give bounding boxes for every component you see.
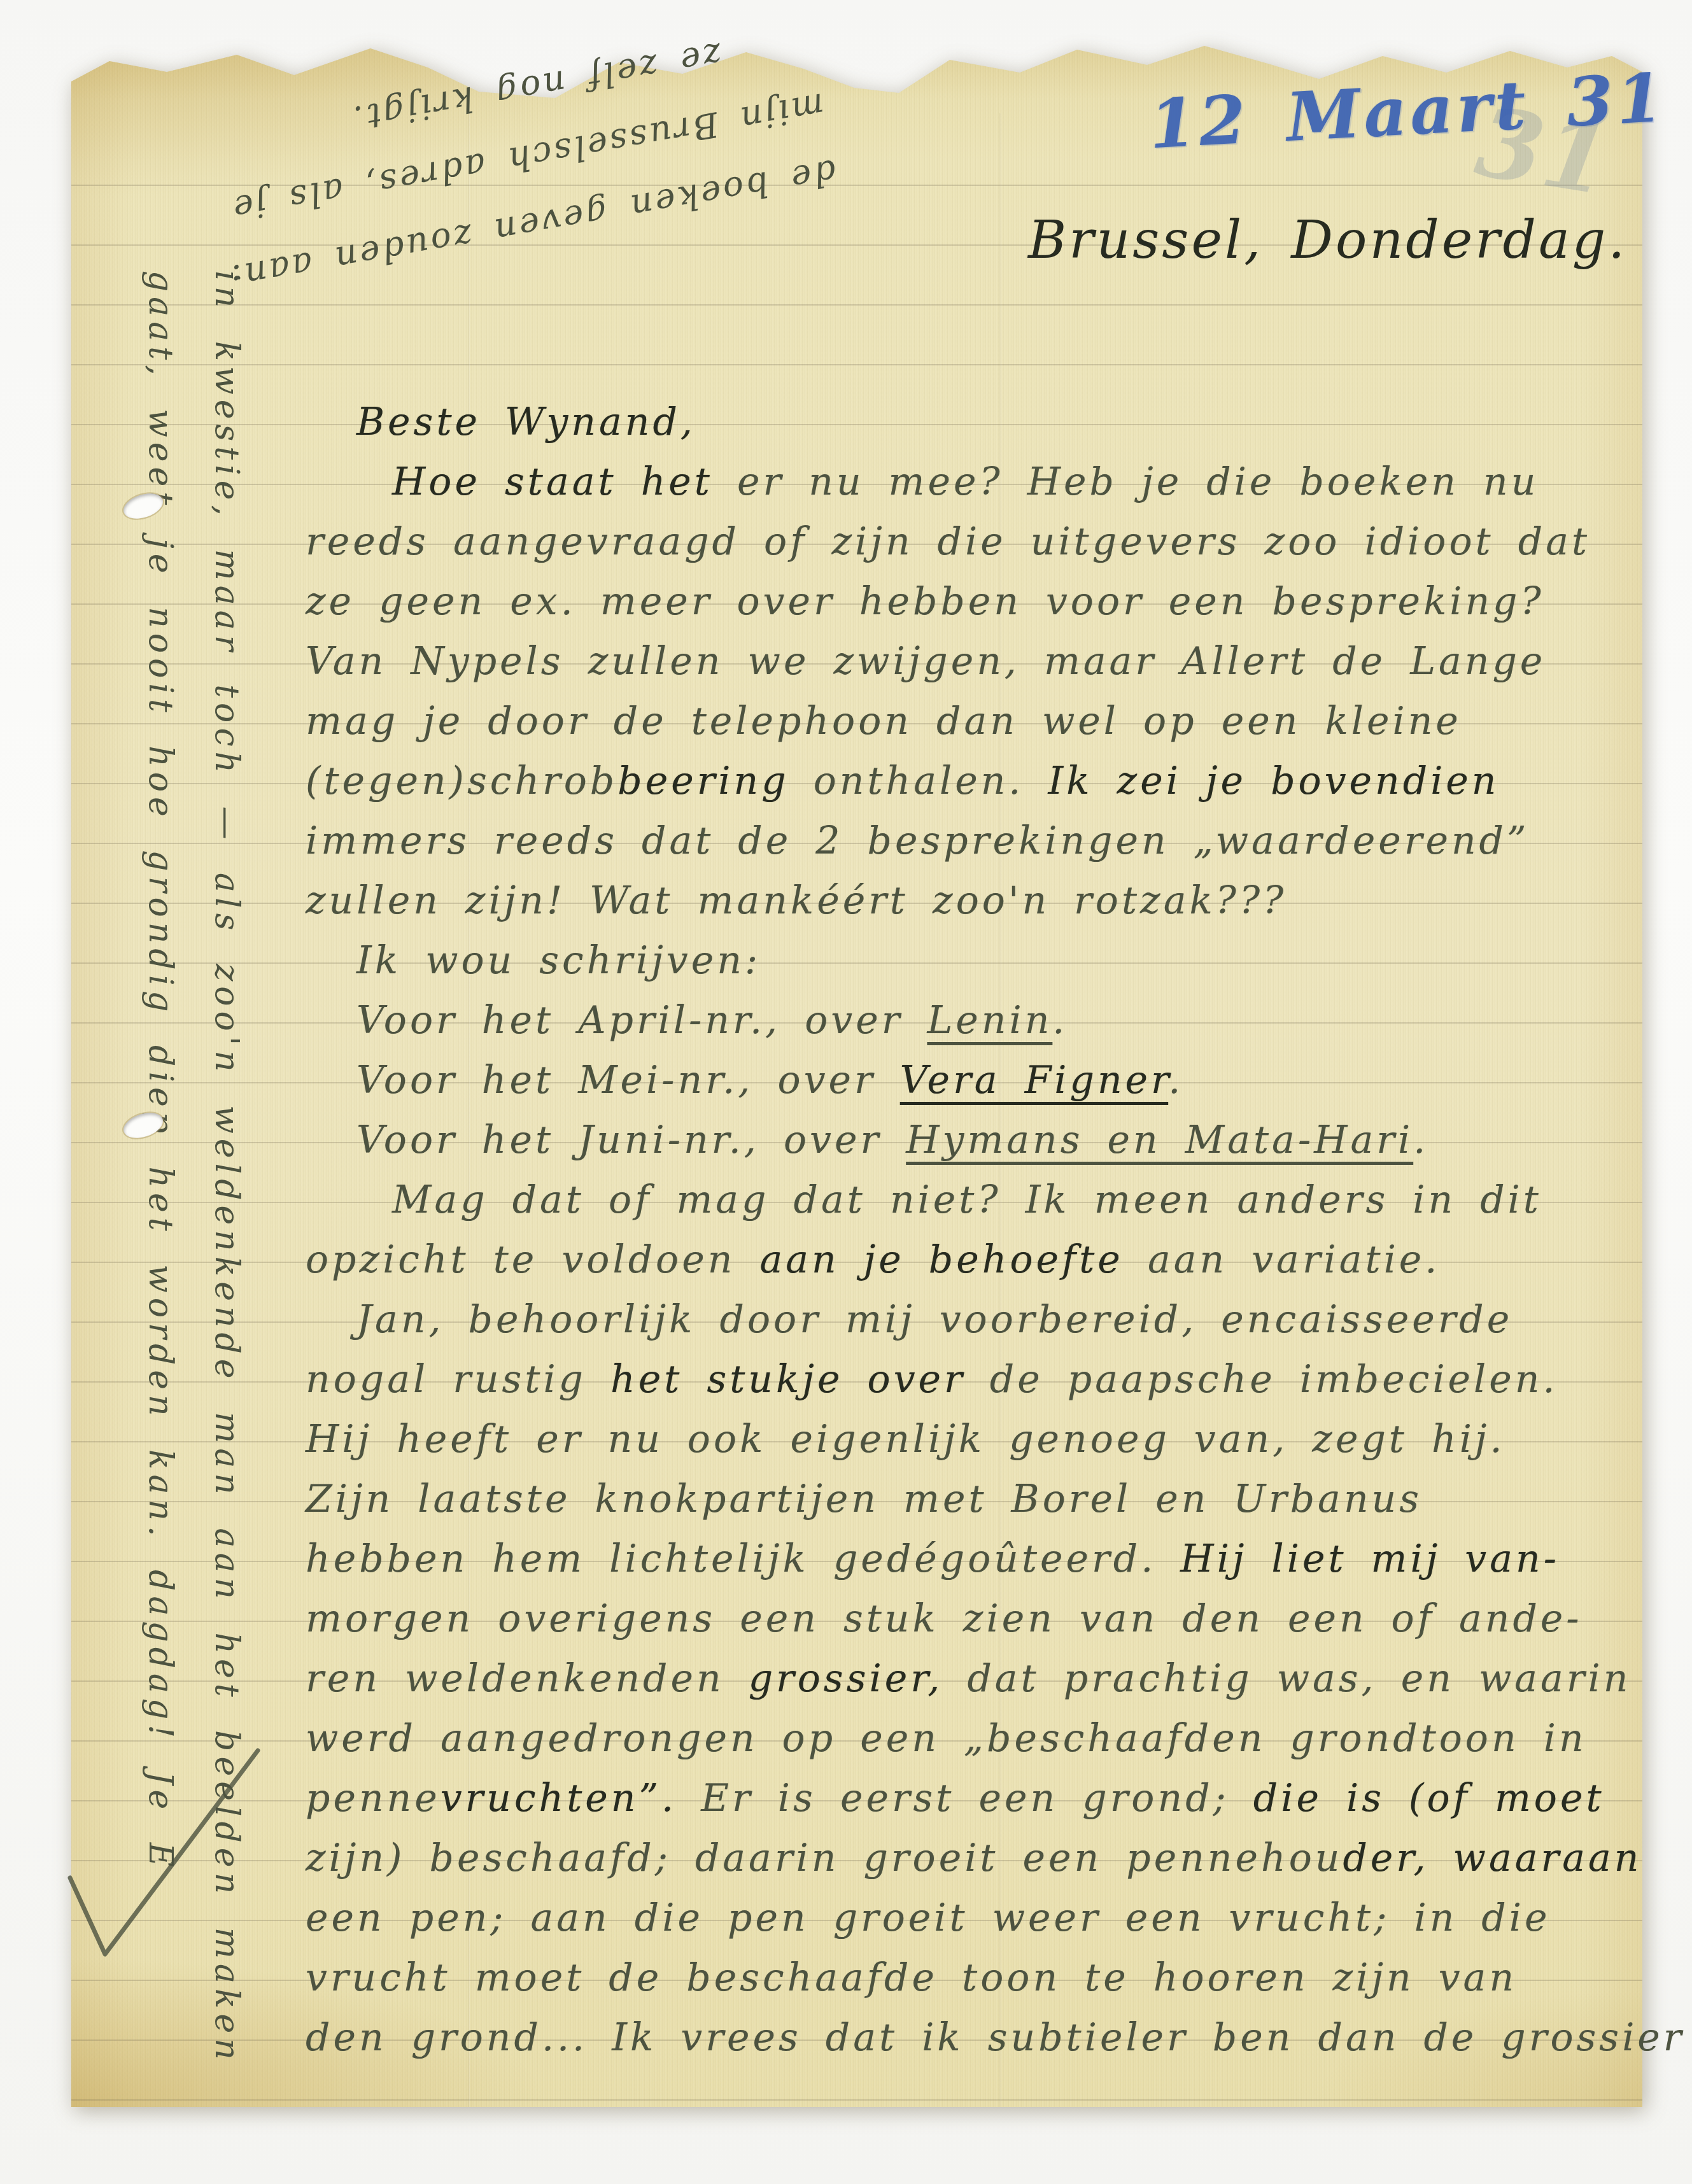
text-segment: het stukje over bbox=[610, 1357, 966, 1402]
text-segment: (tegen)schrob bbox=[306, 759, 617, 803]
signature-flourish bbox=[60, 1741, 277, 1989]
text-segment: beering bbox=[617, 759, 789, 803]
text-segment: Vera Figner bbox=[900, 1058, 1168, 1103]
text-segment: een pen; aan die pen groeit weer een vru… bbox=[306, 1896, 1550, 1940]
body-line: een pen; aan die pen groeit weer een vru… bbox=[306, 1896, 1550, 1940]
body-line: (tegen)schrobbeering onthalen. Ik zei je… bbox=[306, 759, 1500, 803]
text-segment: grossier, bbox=[749, 1656, 943, 1701]
body-line: zullen zijn! Wat mankéért zoo'n rotzak??… bbox=[306, 878, 1287, 923]
text-segment: mag je door de telephoon dan wel op een … bbox=[306, 699, 1462, 743]
text-segment: Hij heeft er nu ook eigenlijk genoeg van… bbox=[306, 1417, 1505, 1462]
text-segment: er nu mee? Heb je die boeken nu bbox=[713, 460, 1539, 504]
body-line: reeds aangevraagd of zijn die uitgevers … bbox=[306, 519, 1590, 564]
body-line: Hoe staat het er nu mee? Heb je die boek… bbox=[392, 460, 1539, 504]
body-line: ren weldenkenden grossier, dat prachtig … bbox=[306, 1656, 1631, 1701]
text-segment: vrucht moet de beschaafde toon te hooren… bbox=[306, 1955, 1517, 2000]
text-segment: . bbox=[1168, 1058, 1183, 1103]
text-segment: opzicht te voldoen bbox=[306, 1237, 759, 1282]
text-segment: Voor het Juni-nr., over bbox=[356, 1118, 906, 1162]
body-line: opzicht te voldoen aan je behoefte aan v… bbox=[306, 1237, 1440, 1282]
text-segment: ren weldenkenden bbox=[306, 1656, 749, 1701]
page-background: { "letter": { "date_annotation": "12 Maa… bbox=[0, 0, 1692, 2184]
text-segment: Hij liet mij van- bbox=[1180, 1537, 1560, 1581]
body-line: Jan, behoorlijk door mij voorbereid, enc… bbox=[356, 1297, 1512, 1342]
text-segment: Mag dat of mag dat niet? Ik meen anders … bbox=[392, 1178, 1542, 1222]
body-line: pennevruchten”. Er is eerst een grond; d… bbox=[306, 1776, 1605, 1821]
text-segment: aan je behoefte bbox=[759, 1237, 1123, 1282]
text-segment: werd aangedrongen op een „beschaafden gr… bbox=[306, 1716, 1587, 1761]
body-line: Voor het Juni-nr., over Hymans en Mata-H… bbox=[356, 1118, 1428, 1162]
body-line: Van Nypels zullen we zwijgen, maar Aller… bbox=[306, 639, 1546, 684]
text-segment: . bbox=[1413, 1118, 1428, 1162]
text-segment: Jan, behoorlijk door mij voorbereid, enc… bbox=[356, 1297, 1512, 1342]
text-segment: nogal rustig bbox=[306, 1357, 610, 1402]
text-segment: zijn) beschaafd; daarin groeit een penne… bbox=[306, 1836, 1343, 1880]
text-segment: Zijn laatste knokpartijen met Borel en U… bbox=[306, 1477, 1422, 1521]
text-segment: Er is eerst een grond; bbox=[677, 1776, 1253, 1821]
body-line: immers reeds dat de 2 besprekingen „waar… bbox=[306, 819, 1530, 863]
text-segment: . bbox=[1052, 998, 1068, 1043]
text-segment: ze geen ex. meer over hebben voor een be… bbox=[306, 579, 1544, 624]
text-segment: morgen overigens een stuk zien van den e… bbox=[306, 1596, 1583, 1641]
text-segment: dat prachtig was, en waarin bbox=[943, 1656, 1631, 1701]
body-line: morgen overigens een stuk zien van den e… bbox=[306, 1596, 1583, 1641]
body-line: ze geen ex. meer over hebben voor een be… bbox=[306, 579, 1544, 624]
text-segment: Lenin bbox=[927, 998, 1052, 1043]
body-line: Zijn laatste knokpartijen met Borel en U… bbox=[306, 1477, 1422, 1521]
text-segment: penne bbox=[306, 1776, 441, 1821]
text-segment: die is (of moet bbox=[1253, 1776, 1605, 1821]
body-line: Hij heeft er nu ook eigenlijk genoeg van… bbox=[306, 1417, 1505, 1462]
text-segment: aan variatie. bbox=[1124, 1237, 1441, 1282]
text-segment: Van Nypels zullen we zwijgen, maar Aller… bbox=[306, 639, 1546, 684]
body-line: werd aangedrongen op een „beschaafden gr… bbox=[306, 1716, 1587, 1761]
text-segment: reeds aangevraagd of zijn die uitgevers … bbox=[306, 519, 1590, 564]
text-segment: Ik zei je bovendien bbox=[1048, 759, 1499, 803]
text-segment: Voor het Mei-nr., over bbox=[356, 1058, 900, 1103]
body-line: Mag dat of mag dat niet? Ik meen anders … bbox=[392, 1178, 1542, 1222]
text-segment: Ik wou schrijven: bbox=[356, 938, 761, 983]
text-segment: de paapsche imbecielen. bbox=[966, 1357, 1558, 1402]
text-segment: der, waaraan bbox=[1343, 1836, 1642, 1880]
body-line: Beste Wynand, bbox=[356, 400, 696, 444]
text-segment: immers reeds dat de 2 besprekingen „waar… bbox=[306, 819, 1530, 863]
body-line: mag je door de telephoon dan wel op een … bbox=[306, 699, 1462, 743]
text-segment: zullen zijn! Wat mankéért zoo'n rotzak??… bbox=[306, 878, 1287, 923]
body-line: den grond... Ik vrees dat ik subtieler b… bbox=[306, 2015, 1685, 2060]
body-line: Voor het April-nr., over Lenin. bbox=[356, 998, 1068, 1043]
text-segment: Hoe staat het bbox=[392, 460, 713, 504]
text-segment: vruchten”. bbox=[441, 1776, 677, 1821]
body-line: hebben hem lichtelijk gedégoûteerd. Hij … bbox=[306, 1537, 1560, 1581]
body-line: nogal rustig het stukje over de paapsche… bbox=[306, 1357, 1558, 1402]
body-line: Voor het Mei-nr., over Vera Figner. bbox=[356, 1058, 1183, 1103]
text-segment: Beste Wynand, bbox=[356, 400, 696, 444]
text-segment: onthalen. bbox=[789, 759, 1048, 803]
body-line: zijn) beschaafd; daarin groeit een penne… bbox=[306, 1836, 1642, 1880]
text-segment: Hymans en Mata-Hari bbox=[906, 1118, 1413, 1162]
text-segment: hebben hem lichtelijk gedégoûteerd. bbox=[306, 1537, 1180, 1581]
text-segment: den grond... Ik vrees dat ik subtieler b… bbox=[306, 2015, 1685, 2060]
body-line: Ik wou schrijven: bbox=[356, 938, 761, 983]
text-segment: Voor het April-nr., over bbox=[356, 998, 927, 1043]
body-line: vrucht moet de beschaafde toon te hooren… bbox=[306, 1955, 1517, 2000]
